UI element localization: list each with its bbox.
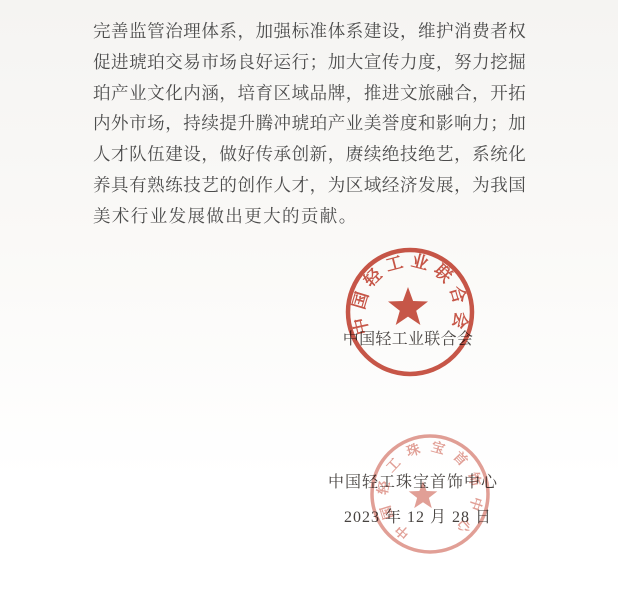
signature-date: 2023 年 12 月 28 日: [341, 504, 495, 527]
body-line: 美术行业发展做出更大的贡献。: [93, 201, 526, 232]
body-line: 珀产业文化内涵，培育区域品牌，推进文旅融合，开拓国: [93, 78, 526, 109]
signature-org-2: 中国轻工珠宝首饰中心: [327, 469, 499, 492]
signature-org-1: 中国轻工业联合会: [342, 326, 474, 349]
body-line: 养具有熟练技艺的创作人才，为区域经济发展，为我国工艺: [93, 170, 526, 201]
document-page: 完善监管治理体系，加强标准体系建设，维护消费者权益， 促进琥珀交易市场良好运行；…: [0, 0, 618, 600]
official-seal-1: 中国轻工业联合会: [340, 242, 480, 382]
body-line: 人才队伍建设，做好传承创新，赓续绝技绝艺，系统化培: [93, 139, 526, 170]
star-icon: [388, 287, 428, 325]
seal-ring: [372, 436, 488, 552]
official-seal-2: 中国轻工珠宝首饰中心: [366, 430, 494, 558]
body-line: 内外市场，持续提升腾冲琥珀产业美誉度和影响力；加强: [93, 108, 526, 139]
seal-ring-text: 中国轻工业联合会: [348, 251, 472, 337]
seal-ring-text-path: 中国轻工业联合会: [348, 251, 472, 337]
body-line: 促进琥珀交易市场良好运行；加大宣传力度，努力挖掘琥: [93, 47, 526, 78]
seal-ring: [348, 250, 472, 374]
body-line: 完善监管治理体系，加强标准体系建设，维护消费者权益，: [93, 16, 526, 47]
letter-body: 完善监管治理体系，加强标准体系建设，维护消费者权益， 促进琥珀交易市场良好运行；…: [93, 16, 526, 232]
